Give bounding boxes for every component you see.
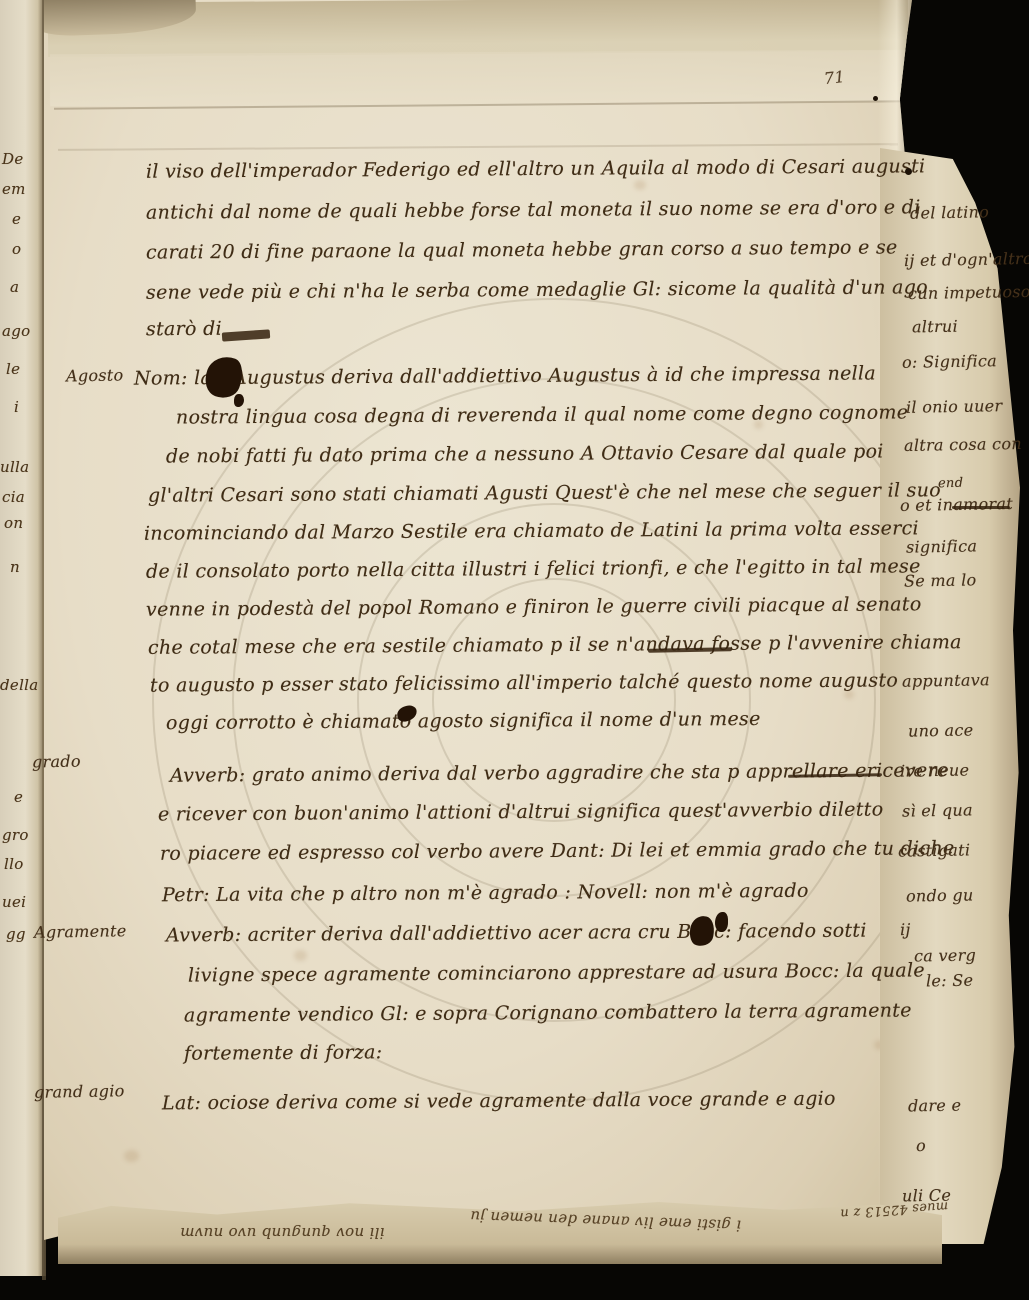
- left-edge-fragment: De: [2, 150, 24, 168]
- left-edge-fragment: n: [10, 558, 20, 576]
- right-edge-fragment: o: Significa: [902, 351, 997, 372]
- paper-speck: [905, 168, 912, 175]
- right-edge-fragment: altrui: [912, 317, 958, 337]
- right-edge-fragment: dare e: [908, 1096, 962, 1116]
- paper-speck: [873, 96, 878, 101]
- margin-headword: Agramente: [34, 921, 127, 942]
- left-edge-fragment: uei: [2, 893, 26, 911]
- right-edge-fragment: significa: [906, 536, 978, 556]
- right-edge-fragment: il onio uuer: [906, 396, 1003, 417]
- right-edge-fragment: ca verg: [914, 945, 976, 965]
- left-edge-fragment: gg: [6, 925, 26, 943]
- right-edge-fragment: altra cosa con: [904, 434, 1022, 455]
- margin-headword: grand agio: [34, 1081, 125, 1102]
- right-edge-fragment: ire neue: [900, 760, 970, 780]
- manuscript-photo: 71 il viso dell'imperador Federigo ed el…: [0, 0, 1029, 1300]
- left-edge-fragment: cia: [2, 488, 25, 506]
- left-edge-fragment: i: [14, 398, 19, 416]
- right-edge-fragment: Se ma lo: [904, 570, 977, 590]
- inverted-text-fragment: ili nov qungunb uvo nuvm: [180, 1224, 384, 1242]
- ink-blot: [715, 912, 728, 932]
- right-edge-fragment: ij et d'ogn'altro: [904, 249, 1029, 270]
- right-edge-fragment: le: Se: [926, 971, 974, 991]
- right-edge-fragment: del latino: [910, 202, 989, 222]
- right-edge-fragment: ondo gu: [906, 885, 974, 905]
- left-edge-fragment: le: [6, 360, 20, 378]
- manuscript-line: starò di: [146, 318, 222, 341]
- left-edge-fragment: em: [2, 180, 26, 198]
- right-edge-fragment: ij: [900, 920, 911, 939]
- manuscript-line: Lat: ociose deriva come si vede agrament…: [162, 1088, 836, 1115]
- right-edge-fragment: end: [938, 476, 964, 491]
- left-edge-fragment: a: [10, 278, 19, 296]
- page-number: 71: [823, 67, 846, 88]
- right-edge-fragment: o et inamorat: [900, 494, 1013, 515]
- right-edge-fragment: castigati: [898, 840, 971, 860]
- left-edge-fragment: della: [0, 676, 39, 694]
- left-edge-fragment: ago: [2, 322, 30, 340]
- left-edge-fragment: on: [4, 514, 23, 532]
- left-edge-fragment: o: [12, 240, 21, 258]
- foxing-spot: [124, 1150, 139, 1162]
- left-edge-fragment: llo: [4, 855, 24, 873]
- foxing-spot: [634, 180, 646, 190]
- margin-headword: grado: [32, 752, 81, 772]
- foxing-spot: [294, 950, 307, 961]
- top-sheet-edge: [50, 50, 908, 106]
- paper-crease: [58, 143, 898, 151]
- left-edge-fragment: ulla: [0, 458, 29, 476]
- manuscript-line: fortemente di forza:: [184, 1041, 383, 1064]
- adjacent-page-edge: [880, 148, 1020, 1244]
- left-edge-fragment: e: [12, 210, 21, 228]
- right-edge-fragment: appuntava: [902, 670, 990, 691]
- right-edge-fragment: o: [916, 1136, 926, 1155]
- left-edge-fragment: e: [14, 788, 23, 806]
- right-edge-fragment: sì el qua: [902, 800, 973, 820]
- manuscript-line: oggi corrotto è chiamato agosto signific…: [166, 708, 761, 734]
- right-edge-fragment: cun impetuoso: [908, 282, 1029, 303]
- margin-headword: Agosto: [66, 365, 124, 385]
- right-edge-fragment: uno ace: [908, 720, 974, 740]
- left-edge-fragment: gro: [2, 826, 29, 844]
- strike-mark: [952, 506, 1010, 509]
- manuscript-line: Petr: La vita che p altro non m'è agrado…: [162, 880, 809, 907]
